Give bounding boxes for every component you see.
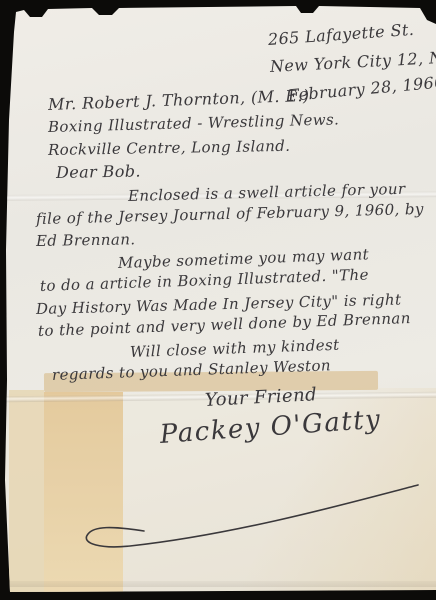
recipient-line-1: Mr. Robert J. Thornton, (M. E.) <box>48 86 310 114</box>
recipient-line-2: Boxing Illustrated - Wrestling News. <box>48 110 340 136</box>
signature-flourish <box>60 460 436 570</box>
body-line-3: Ed Brennan. <box>36 230 136 250</box>
body-line-5: to do a article in Boxing Illustrated. "… <box>40 266 369 295</box>
recipient-line-3: Rockville Centre, Long Island. <box>48 137 291 159</box>
body-line-2: file of the Jersey Journal of February 9… <box>36 200 424 228</box>
fold-crease-bottom-edge <box>0 581 436 587</box>
salutation: Dear Bob. <box>56 162 141 182</box>
sender-address-line-2: New York City 12, N.Y. <box>270 47 436 76</box>
scanned-letter: 265 Lafayette St. New York City 12, N.Y.… <box>0 0 436 600</box>
sender-address-line-1: 265 Lafayette St. <box>267 20 414 49</box>
letter-paper: 265 Lafayette St. New York City 12, N.Y.… <box>0 0 436 600</box>
